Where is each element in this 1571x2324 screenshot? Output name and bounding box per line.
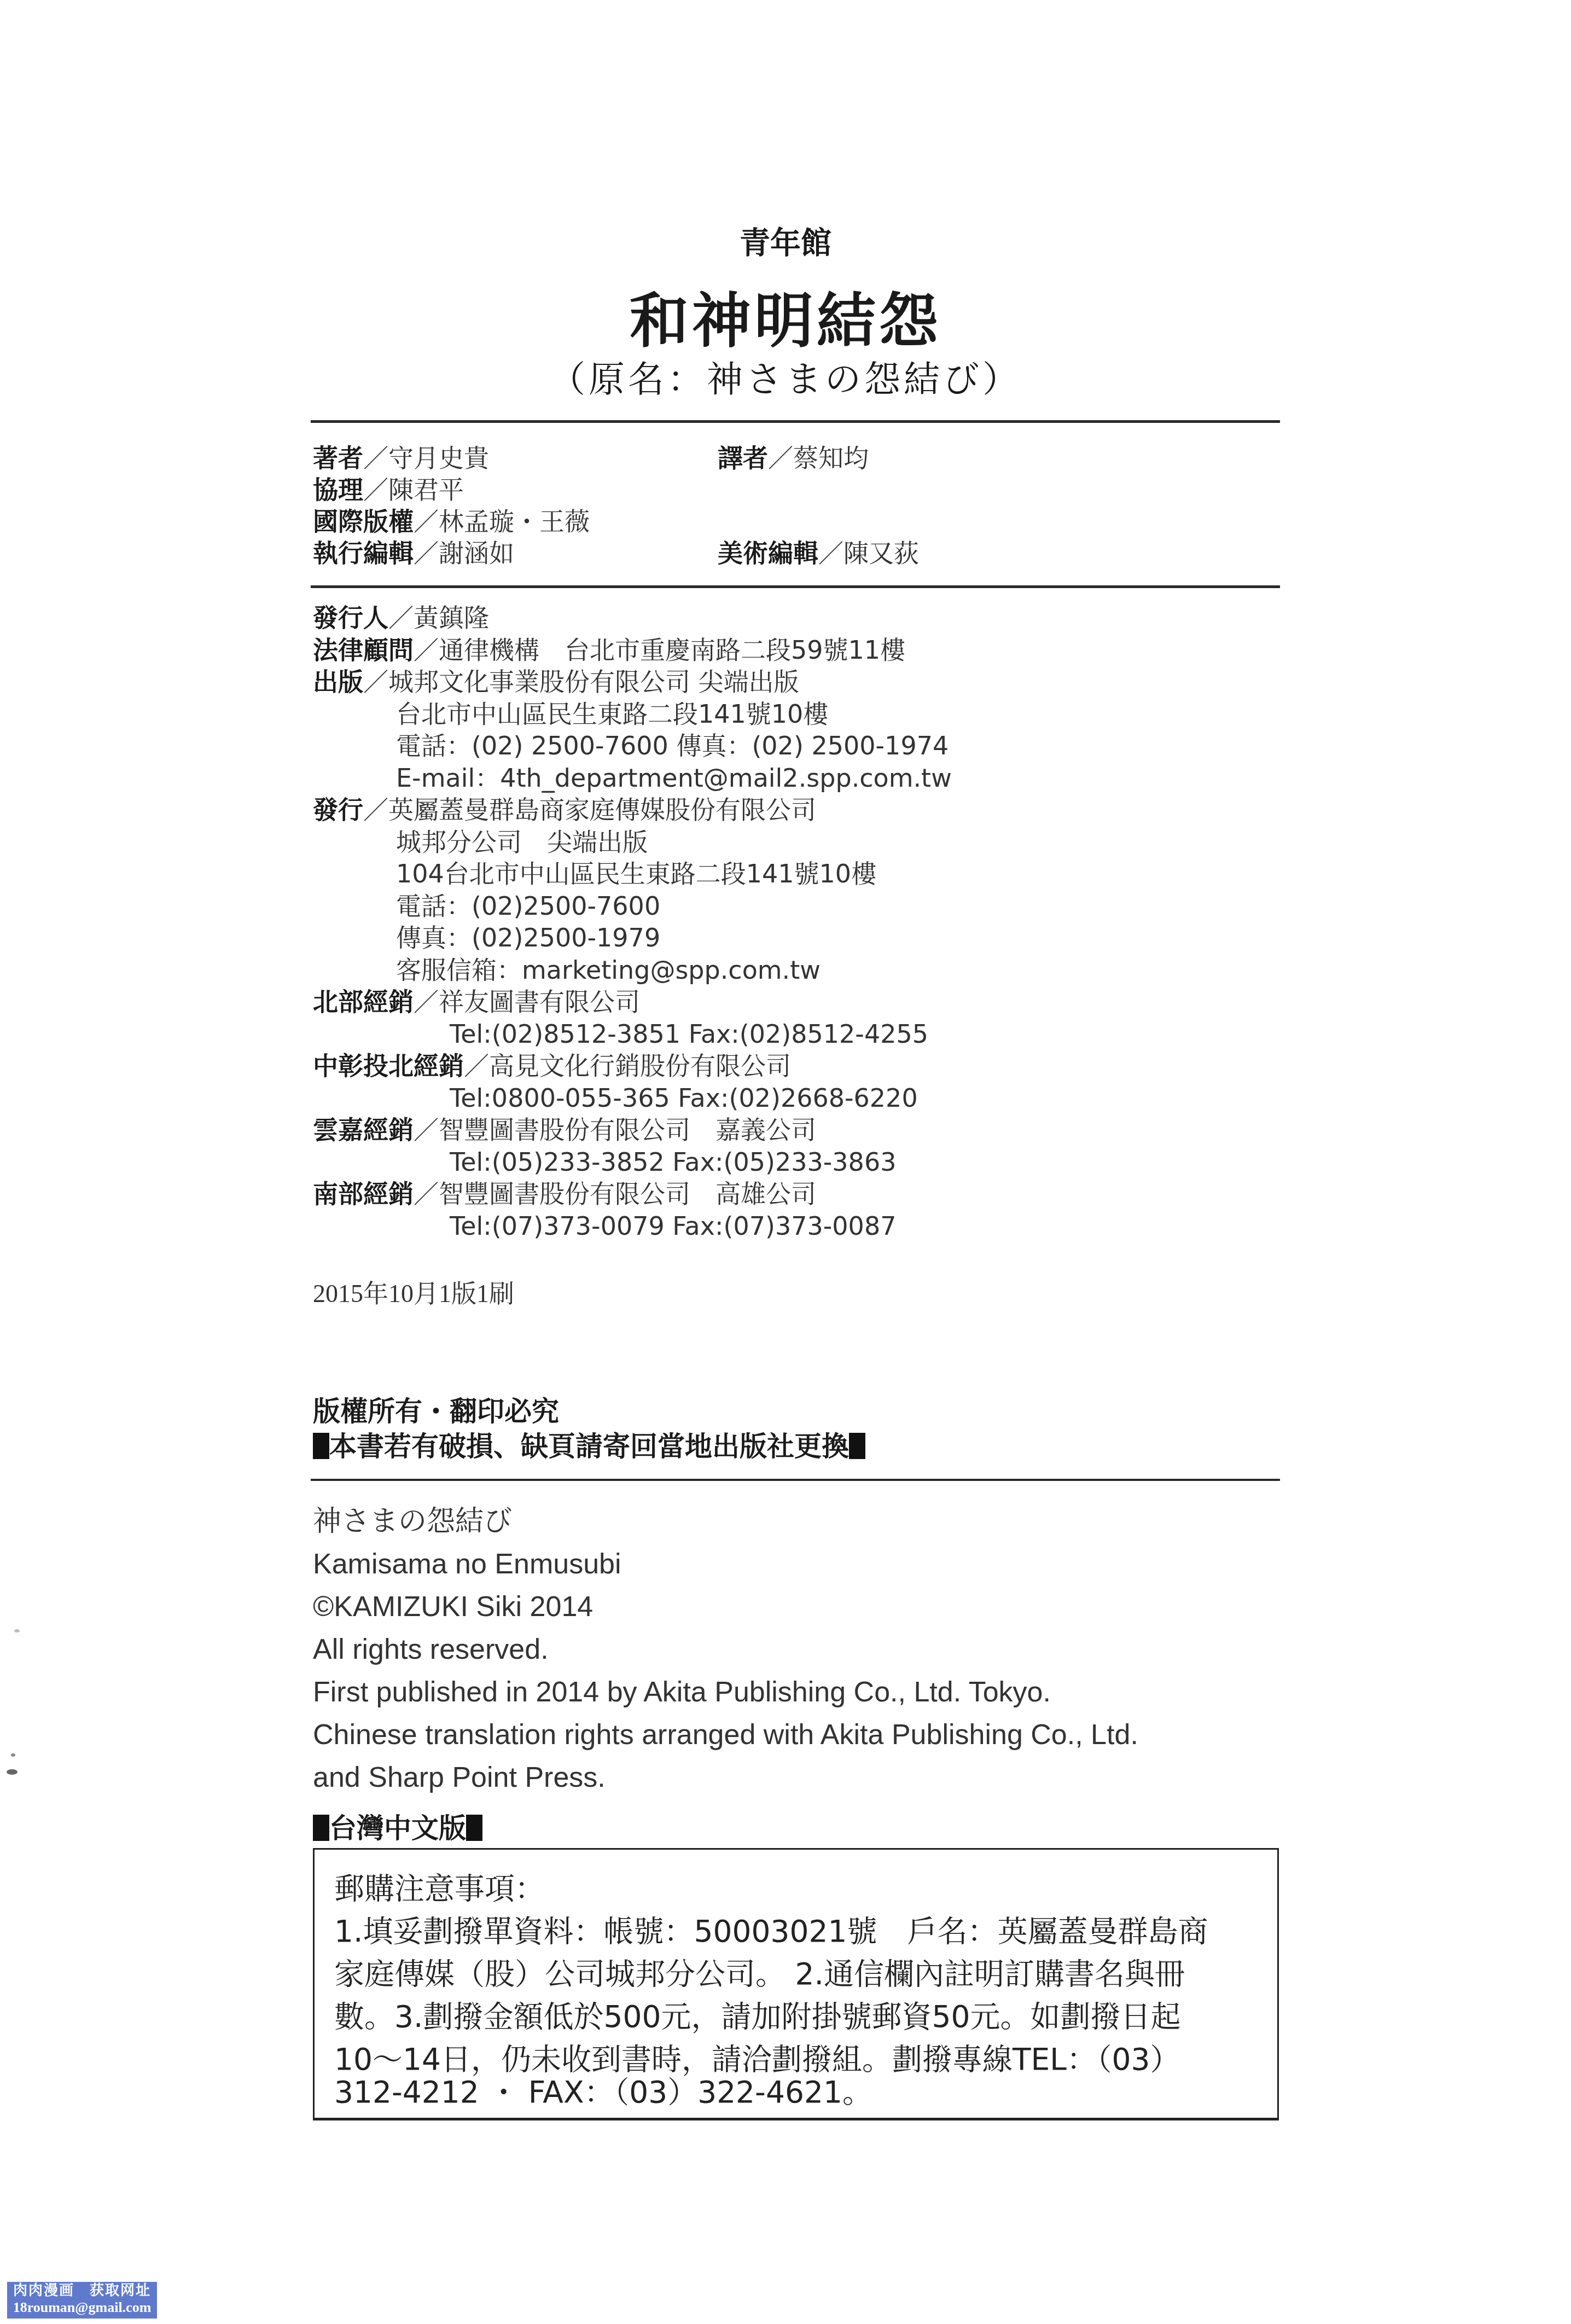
edition-row: 出版／城邦文化事業股份有限公司 尖端出版 xyxy=(313,666,952,698)
legal-label: 法律顧問 xyxy=(313,635,414,665)
edition-label: 台灣中文版 xyxy=(313,1806,482,1846)
slash: ／ xyxy=(414,1179,439,1209)
publishing-info: 發行人／黃鎮隆 法律顧問／通律機構 台北市重慶南路二段59號11樓 出版／城邦文… xyxy=(313,602,952,1242)
translation-rights: Chinese translation rights arranged with… xyxy=(313,1713,1138,1756)
distributor-south: 南部經銷／智豐圖書股份有限公司 高雄公司 xyxy=(313,1178,952,1210)
black-square-icon xyxy=(313,1433,329,1459)
distribution-row: 發行／英屬蓋曼群島商家庭傳媒股份有限公司 xyxy=(313,794,952,826)
credit-art-editor: 美術編輯／陳又荻 xyxy=(718,537,919,569)
credit-rights: 國際版權／林孟璇・王薇 xyxy=(313,506,590,537)
original-copyright: ©KAMIZUKI Siki 2014 xyxy=(313,1585,1138,1628)
distribution-line: 城邦分公司 尖端出版 xyxy=(313,826,952,858)
legal-row: 法律顧問／通律機構 台北市重慶南路二段59號11樓 xyxy=(313,634,952,666)
slash: ／ xyxy=(363,667,388,696)
slash: ／ xyxy=(414,987,439,1016)
distributor-yunjia: 雲嘉經銷／智豐圖書股份有限公司 嘉義公司 xyxy=(313,1114,952,1146)
publisher-name: 黃鎮隆 xyxy=(414,603,489,632)
damage-notice-text: 本書若有破損、缺頁請寄回當地出版社更換 xyxy=(329,1431,849,1462)
mail-order-heading: 郵購注意事項： xyxy=(334,1867,545,1910)
distributor-company: 祥友圖書有限公司 xyxy=(439,987,640,1016)
distributor-label: 中彰投北經銷 xyxy=(313,1051,464,1080)
distribution-label: 發行 xyxy=(313,795,363,824)
romanized-title: Kamisama no Enmusubi xyxy=(313,1543,1138,1585)
credit-author: 著者／守月史貴 xyxy=(313,442,489,474)
distribution-line: 客服信箱：marketing@spp.com.tw xyxy=(313,954,952,986)
book-title: 和神明結怨 xyxy=(0,274,1571,358)
slash: ／ xyxy=(414,635,439,665)
damage-notice: 本書若有破損、缺頁請寄回當地出版社更換 xyxy=(313,1425,865,1464)
distribution-line: 電話：(02)2500-7600 xyxy=(313,890,952,922)
watermark-email: 18rouman@gmail.com xyxy=(7,2299,157,2316)
scan-speck xyxy=(7,1769,18,1775)
edition-label: 出版 xyxy=(313,667,363,696)
translation-rights-cont: and Sharp Point Press. xyxy=(313,1756,1138,1799)
distributor-label: 雲嘉經銷 xyxy=(313,1115,414,1144)
credit-name: 謝涵如 xyxy=(439,538,514,568)
jp-title: 神さまの怨結び xyxy=(313,1500,1138,1543)
distributor-contact: Tel:(02)8512-3851 Fax:(02)8512-4255 xyxy=(313,1018,952,1050)
distributor-central: 中彰投北經銷／高見文化行銷股份有限公司 xyxy=(313,1050,952,1082)
black-square-icon xyxy=(313,1815,329,1841)
rights-reserved: All rights reserved. xyxy=(313,1628,1138,1671)
mail-order-box: 郵購注意事項： 1.填妥劃撥單資料：帳號：50003021號 戶名：英屬蓋曼群島… xyxy=(313,1848,1279,2120)
edition-line: 台北市中山區民生東路二段141號10樓 xyxy=(313,698,952,730)
watermark-banner: 肉肉漫画 获取网址 18rouman@gmail.com xyxy=(7,2282,157,2319)
mail-order-line: 數。3.劃撥金額低於500元，請加附掛號郵資50元。如劃撥日起 xyxy=(334,1995,1180,2038)
credit-role: 美術編輯 xyxy=(718,538,818,568)
distributor-company: 智豐圖書股份有限公司 嘉義公司 xyxy=(439,1115,816,1144)
credit-role: 著者 xyxy=(313,443,363,473)
credit-name: 陳君平 xyxy=(388,475,464,504)
credit-manager: 協理／陳君平 xyxy=(313,474,464,506)
credit-name: 林孟璇・王薇 xyxy=(439,507,590,536)
slash: ／ xyxy=(768,443,793,473)
slash: ／ xyxy=(464,1051,489,1080)
distribution-line: 英屬蓋曼群島商家庭傳媒股份有限公司 xyxy=(388,795,816,824)
black-square-icon xyxy=(466,1815,482,1841)
slash: ／ xyxy=(414,507,439,536)
credit-exec-editor: 執行編輯／謝涵如 xyxy=(313,537,514,569)
mail-order-line: 家庭傳媒（股）公司城邦分公司。 2.通信欄內註明訂購書名與冊 xyxy=(334,1953,1185,1995)
distribution-line: 傳真：(02)2500-1979 xyxy=(313,922,952,954)
distributor-label: 南部經銷 xyxy=(313,1179,414,1209)
mail-order-line: 1.填妥劃撥單資料：帳號：50003021號 戶名：英屬蓋曼群島商 xyxy=(334,1910,1208,1953)
edition-line: 城邦文化事業股份有限公司 尖端出版 xyxy=(388,667,799,696)
mail-order-line: 312-4212 ・ FAX：（03）322-4621。 xyxy=(334,2071,872,2113)
imprint-label: 青年館 xyxy=(0,219,1571,263)
slash: ／ xyxy=(414,1115,439,1144)
original-title: （原名：神さまの怨結び） xyxy=(0,350,1571,402)
distributor-company: 高見文化行銷股份有限公司 xyxy=(489,1051,791,1080)
distributor-contact: Tel:(07)373-0079 Fax:(07)373-0087 xyxy=(313,1210,952,1242)
edition-line: E-mail：4th_department@mail2.spp.com.tw xyxy=(313,762,952,794)
slash: ／ xyxy=(363,475,388,504)
publisher-row: 發行人／黃鎮隆 xyxy=(313,602,952,634)
distributor-label: 北部經銷 xyxy=(313,987,414,1016)
credit-name: 蔡知均 xyxy=(793,443,869,473)
edition-line: 電話：(02) 2500-7600 傳真：(02) 2500-1974 xyxy=(313,730,952,762)
divider-top xyxy=(311,420,1280,423)
slash: ／ xyxy=(388,603,414,632)
scan-speck xyxy=(11,1753,15,1757)
watermark-title: 肉肉漫画 获取网址 xyxy=(7,2282,157,2299)
credit-translator: 譯者／蔡知均 xyxy=(718,442,869,474)
credit-name: 陳又荻 xyxy=(843,538,919,568)
edition-label-text: 台灣中文版 xyxy=(329,1812,466,1844)
credit-role: 譯者 xyxy=(718,443,768,473)
credit-role: 國際版權 xyxy=(313,507,414,536)
distributor-company: 智豐圖書股份有限公司 高雄公司 xyxy=(439,1179,816,1209)
legal-value: 通律機構 台北市重慶南路二段59號11樓 xyxy=(439,635,905,665)
credit-role: 執行編輯 xyxy=(313,538,414,568)
credit-role: 協理 xyxy=(313,475,363,504)
credit-name: 守月史貴 xyxy=(388,443,489,473)
slash: ／ xyxy=(363,795,388,824)
slash: ／ xyxy=(818,538,843,568)
first-published: First published in 2014 by Akita Publish… xyxy=(313,1671,1138,1713)
distribution-line: 104台北市中山區民生東路二段141號10樓 xyxy=(313,858,952,890)
divider-copyright xyxy=(311,1479,1280,1481)
distributor-contact: Tel:0800-055-365 Fax:(02)2668-6220 xyxy=(313,1082,952,1114)
black-square-icon xyxy=(849,1433,865,1459)
copyright-notice: 版權所有・翻印必究 xyxy=(313,1390,559,1429)
publisher-label: 發行人 xyxy=(313,603,388,632)
slash: ／ xyxy=(414,538,439,568)
slash: ／ xyxy=(363,443,388,473)
distributor-contact: Tel:(05)233-3852 Fax:(05)233-3863 xyxy=(313,1146,952,1178)
original-info: 神さまの怨結び Kamisama no Enmusubi ©KAMIZUKI S… xyxy=(313,1500,1138,1799)
print-date: 2015年10月1版1刷 xyxy=(313,1274,514,1310)
distributor-north: 北部經銷／祥友圖書有限公司 xyxy=(313,986,952,1018)
divider-credits xyxy=(311,585,1280,588)
scan-speck xyxy=(14,1629,20,1632)
